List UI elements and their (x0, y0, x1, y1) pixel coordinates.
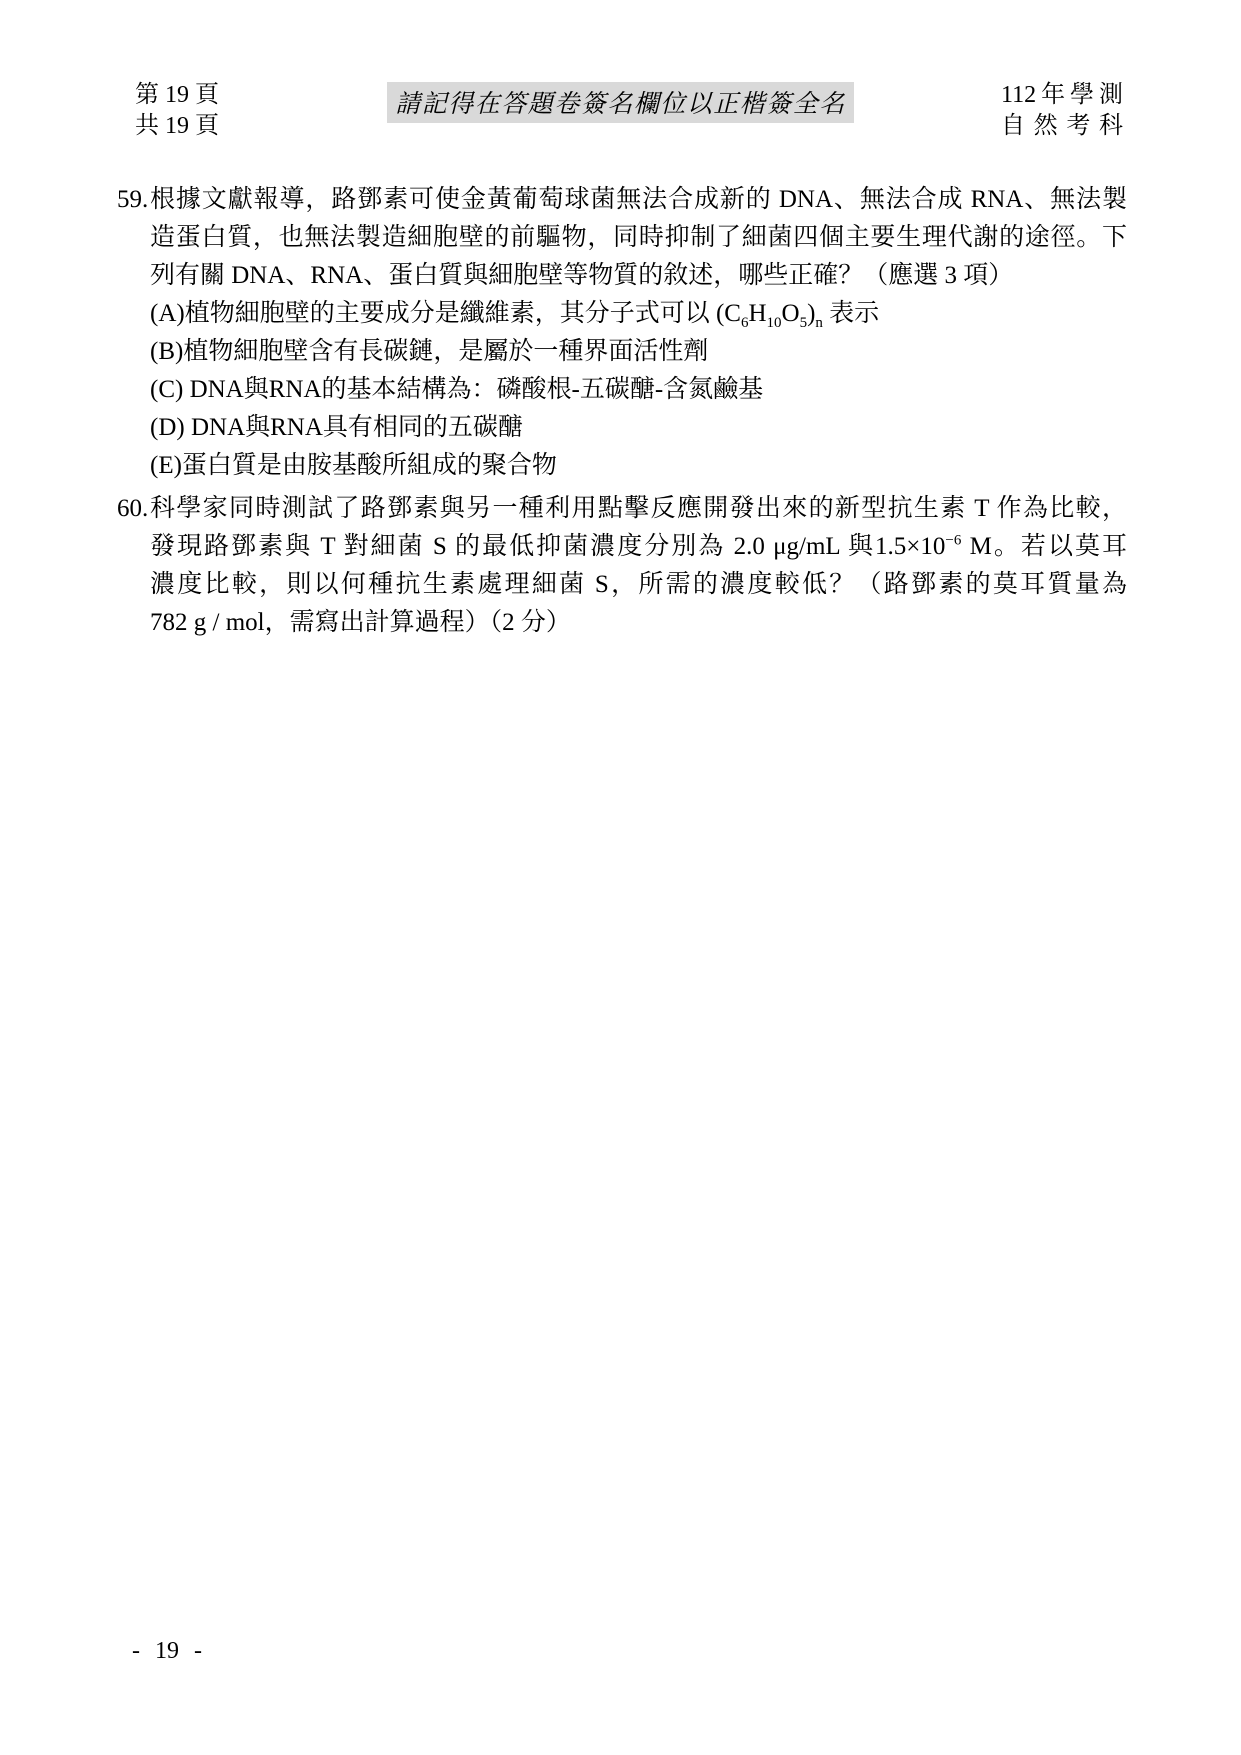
question-60-stem-line-4: 782 g / mol，需寫出計算過程）（2 分） (150, 604, 1127, 642)
question-59-stem-line-2: 造蛋白質，也無法製造細胞壁的前驅物，同時抑制了細菌四個主要生理代謝的途徑。下 (150, 219, 1127, 257)
question-60: 60. 科學家同時測試了路鄧素與另一種利用點擊反應開發出來的新型抗生素 T 作為… (150, 490, 1127, 642)
header-exam-subject: 自然考科 (1001, 111, 1123, 142)
question-59-stem-line-1: 根據文獻報導，路鄧素可使金黃葡萄球菌無法合成新的 DNA、無法合成 RNA、無法… (150, 181, 1127, 219)
footer: - 19 - (132, 1638, 202, 1665)
question-59-number: 59. (117, 181, 148, 219)
question-59-option-e: (E)蛋白質是由胺基酸所組成的聚合物 (150, 447, 1127, 485)
signature-reminder-notice: 請記得在答題卷簽名欄位以正楷簽全名 (387, 82, 854, 123)
question-60-number: 60. (117, 490, 148, 528)
question-60-stem-line-1: 科學家同時測試了路鄧素與另一種利用點擊反應開發出來的新型抗生素 T 作為比較， (150, 490, 1127, 528)
question-60-stem-line-3: 濃度比較，則以何種抗生素處理細菌 S，所需的濃度較低？（路鄧素的莫耳質量為 (150, 566, 1127, 604)
question-59-option-d: (D) DNA與RNA具有相同的五碳醣 (150, 409, 1127, 447)
question-59-stem-line-3: 列有關 DNA、RNA、蛋白質與細胞壁等物質的敘述，哪些正確？（應選 3 項） (150, 257, 1127, 295)
question-59-option-a: (A)植物細胞壁的主要成分是纖維素，其分子式可以 (C6H10O5)n 表示 (150, 295, 1127, 333)
question-60-stem-line-2: 發現路鄧素與 T 對細菌 S 的最低抑菌濃度分別為 2.0 μg/mL 與1.5… (150, 528, 1127, 566)
question-59-option-c: (C) DNA與RNA的基本結構為：磷酸根-五碳醣-含氮鹼基 (150, 371, 1127, 409)
header-exam-year: 112年學測 (1001, 80, 1123, 111)
header-exam-info: 112年學測 自然考科 (1001, 80, 1123, 142)
question-59-option-b: (B)植物細胞壁含有長碳鏈，是屬於一種界面活性劑 (150, 333, 1127, 371)
footer-page-number: - 19 - (132, 1638, 202, 1664)
question-59: 59. 根據文獻報導，路鄧素可使金黃葡萄球菌無法合成新的 DNA、無法合成 RN… (150, 181, 1127, 485)
exam-page: 第 19 頁 共 19 頁 請記得在答題卷簽名欄位以正楷簽全名 112年學測 自… (0, 0, 1241, 1755)
